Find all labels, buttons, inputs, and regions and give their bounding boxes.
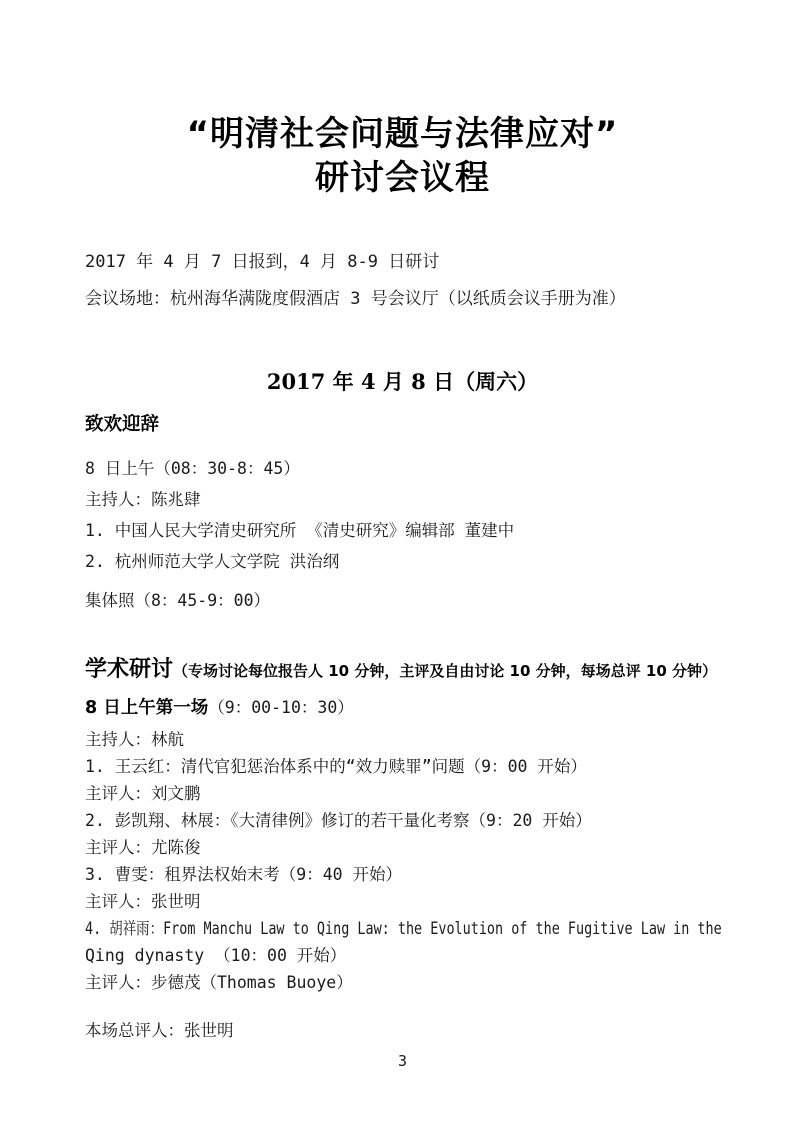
intro-dates: 2017 年 4 月 7 日报到，4 月 8-9 日研讨 bbox=[85, 252, 720, 272]
document-title-line2: 研讨会议程 bbox=[85, 156, 720, 200]
reviewer-line: 主评人：刘文鹏 bbox=[85, 780, 720, 807]
talk-item: 3. 曹雯：租界法权始末考（9：40 开始） bbox=[85, 861, 720, 888]
day-heading: 2017 年 4 月 8 日（周六） bbox=[85, 369, 720, 395]
talk-item: 2. 彭凯翔、林展：《大清律例》修订的若干量化考察（9：20 开始） bbox=[85, 807, 720, 834]
document-title: “明清社会问题与法律应对” 研讨会议程 bbox=[85, 112, 720, 200]
talk-item-line1: 4. 胡祥雨：From Manchu Law to Qing Law: the … bbox=[85, 915, 603, 942]
reviewer-line: 主评人：步德茂（Thomas Buoye） bbox=[85, 969, 720, 996]
document-title-line1: “明清社会问题与法律应对” bbox=[85, 112, 720, 156]
reviewer-line: 主评人：张世明 bbox=[85, 888, 720, 915]
page-number: 3 bbox=[85, 1051, 720, 1071]
session1-heading: 8 日上午第一场（9：00-10：30） bbox=[85, 696, 720, 720]
intro-venue: 会议场地：杭州海华满陇度假酒店 3 号会议厅（以纸质会议手册为准） bbox=[85, 289, 720, 309]
session-closing-reviewer: 本场总评人：张世明 bbox=[85, 1021, 720, 1041]
session-host: 主持人：林航 bbox=[85, 726, 720, 753]
welcome-speaker: 2. 杭州师范大学人文学院 洪治纲 bbox=[85, 546, 720, 577]
reviewer-line: 主评人：尤陈俊 bbox=[85, 834, 720, 861]
group-photo-line: 集体照（8：45-9：00） bbox=[85, 591, 720, 611]
page-content: “明清社会问题与法律应对” 研讨会议程 2017 年 4 月 7 日报到，4 月… bbox=[0, 112, 800, 1071]
seminar-note: （专场讨论每位报告人 10 分钟，主评及自由讨论 10 分钟，每场总评 10 分… bbox=[173, 662, 717, 680]
welcome-host: 主持人：陈兆肆 bbox=[85, 484, 720, 515]
session1-title: 8 日上午第一场 bbox=[85, 698, 208, 718]
welcome-speaker: 1. 中国人民大学清史研究所 《清史研究》编辑部 董建中 bbox=[85, 515, 720, 546]
seminar-heading: 学术研讨（专场讨论每位报告人 10 分钟，主评及自由讨论 10 分钟，每场总评 … bbox=[85, 655, 720, 686]
talk-item: 1. 王云红：清代官犯惩治体系中的“效力赎罪”问题（9：00 开始） bbox=[85, 753, 720, 780]
session1-body: 主持人：林航 1. 王云红：清代官犯惩治体系中的“效力赎罪”问题（9：00 开始… bbox=[85, 726, 720, 996]
welcome-section: 8 日上午（08：30-8：45） 主持人：陈兆肆 1. 中国人民大学清史研究所… bbox=[85, 453, 720, 577]
seminar-title: 学术研讨 bbox=[85, 657, 173, 682]
session1-time: （9：00-10：30） bbox=[208, 698, 353, 717]
talk-item-line2: Qing dynasty （10：00 开始） bbox=[85, 942, 720, 969]
welcome-section-heading: 致欢迎辞 bbox=[85, 413, 720, 437]
document-page: “明清社会问题与法律应对” 研讨会议程 2017 年 4 月 7 日报到，4 月… bbox=[0, 0, 800, 1130]
welcome-time: 8 日上午（08：30-8：45） bbox=[85, 453, 720, 484]
